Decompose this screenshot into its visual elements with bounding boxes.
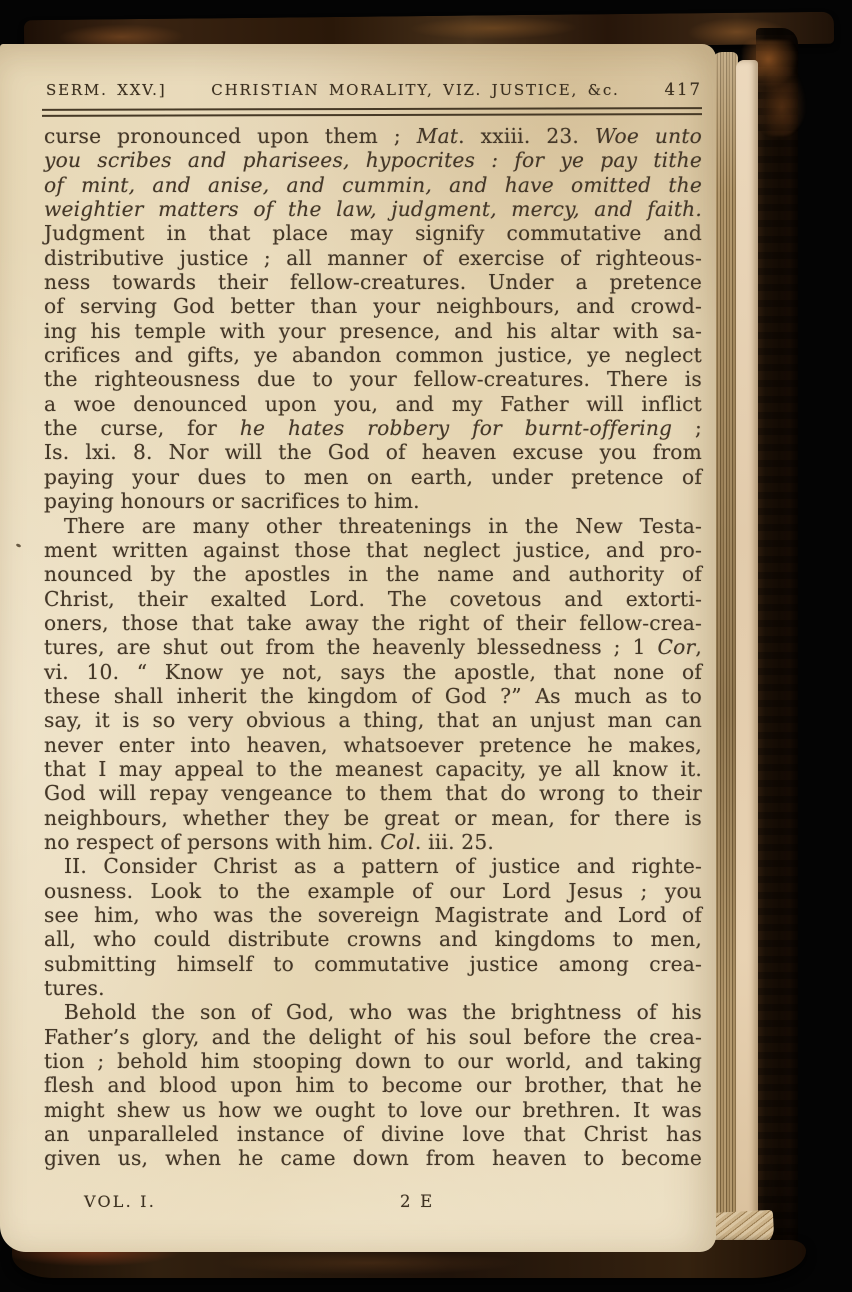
text-segment: crifices and gifts, ye abandon common ju… [44,343,702,367]
book-page: SERM. XXV.] CHRISTIAN MORALITY, VIZ. JUS… [0,44,716,1252]
text-segment: never enter into heaven, whatsoever pret… [44,733,702,757]
text-segment: curse pronounced upon them ; [44,124,417,148]
text-line: you scribes and pharisees, hypocrites : … [44,148,702,172]
text-line: curse pronounced upon them ; Mat. xxiii.… [44,124,702,148]
text-segment: say, it is so very obvious a thing, that… [44,708,702,732]
text-line: a woe denounced upon you, and my Father … [44,392,702,416]
text-segment: the righteousness due to your fellow-cre… [44,367,702,391]
text-segment: . iii. 25. [415,830,494,854]
text-segment: ousness. Look to the example of our Lord… [44,879,702,903]
text-line: Is. lxi. 8. Nor will the God of heaven e… [44,440,702,464]
italic-text-segment: Mat [417,124,458,148]
text-line: oners, those that take away the right of… [44,611,702,635]
italic-text-segment: Cor [658,635,696,659]
text-segment: Is. lxi. 8. Nor will the God of heaven e… [44,440,702,464]
text-line: tion ; behold him stooping down to our w… [44,1049,702,1073]
text-segment: might shew us how we ought to love our b… [44,1098,702,1122]
text-line: an unparalleled instance of divine love … [44,1122,702,1146]
text-line: say, it is so very obvious a thing, that… [44,708,702,732]
text-line: all, who could distribute crowns and kin… [44,927,702,951]
text-line: ousness. Look to the example of our Lord… [44,879,702,903]
facing-page-edge [736,60,758,1250]
text-segment: these shall inherit the kingdom of God ?… [44,684,702,708]
text-segment: ing his temple with your presence, and h… [44,319,702,343]
text-segment: flesh and blood upon him to become our b… [44,1073,702,1097]
book-photograph: SERM. XXV.] CHRISTIAN MORALITY, VIZ. JUS… [0,0,852,1292]
text-line: ing his temple with your presence, and h… [44,319,702,343]
text-line: never enter into heaven, whatsoever pret… [44,733,702,757]
text-line: Judgment in that place may signify commu… [44,221,702,245]
text-segment: Behold the son of God, who was the brigh… [64,1000,702,1024]
text-segment: paying your dues to men on earth, under … [44,465,702,489]
running-title: CHRISTIAN MORALITY, VIZ. JUSTICE, &c. [166,81,664,99]
text-segment: , [695,635,702,659]
text-line: Christ, their exalted Lord. The covetous… [44,587,702,611]
text-line: tures. [44,976,702,1000]
text-segment: Father’s glory, and the delight of his s… [44,1025,702,1049]
text-segment: see him, who was the sovereign Magistrat… [44,903,702,927]
text-line: of mint, and anise, and cummin, and have… [44,173,702,197]
text-segment: submitting himself to commutative justic… [44,952,702,976]
italic-text-segment: Woe unto [595,124,702,148]
text-line: of serving God better than your neighbou… [44,294,702,318]
text-segment: Judgment in that place may signify commu… [44,221,702,245]
italic-text-segment: you scribes and pharisees, hypocrites : … [44,148,702,172]
italic-text-segment: he hates robbery for burnt-offering [240,416,672,440]
italic-text-segment: Col [380,830,415,854]
text-segment: ness towards their fellow-creatures. Und… [44,270,702,294]
text-line: paying your dues to men on earth, under … [44,465,702,489]
page-footer: VOL. I. 2 E [44,1192,702,1222]
text-line: paying honours or sacrifices to him. [44,489,702,513]
volume-label: VOL. I. [84,1192,156,1211]
page-body-text: curse pronounced upon them ; Mat. xxiii.… [44,124,702,1171]
text-line: II. Consider Christ as a pattern of just… [44,854,702,878]
italic-text-segment: weightier matters of the law, judgment, … [44,197,702,221]
text-segment: God will repay vengeance to them that do… [44,781,702,805]
text-line: distributive justice ; all manner of exe… [44,246,702,270]
text-segment: distributive justice ; all manner of exe… [44,246,702,270]
text-line: ness towards their fellow-creatures. Und… [44,270,702,294]
text-line: submitting himself to commutative justic… [44,952,702,976]
text-line: There are many other threatenings in the… [44,514,702,538]
text-segment: the curse, for [44,416,240,440]
text-segment: Christ, their exalted Lord. The covetous… [44,587,702,611]
text-line: God will repay vengeance to them that do… [44,781,702,805]
text-line: ment written against those that neglect … [44,538,702,562]
text-line: nounced by the apostles in the name and … [44,562,702,586]
page-header: SERM. XXV.] CHRISTIAN MORALITY, VIZ. JUS… [46,80,702,99]
page-number: 417 [665,80,703,99]
text-line: Behold the son of God, who was the brigh… [44,1000,702,1024]
running-title-section: SERM. XXV.] [46,81,166,99]
text-line: Father’s glory, and the delight of his s… [44,1025,702,1049]
text-line: neighbours, whether they be great or mea… [44,806,702,830]
text-line: see him, who was the sovereign Magistrat… [44,903,702,927]
text-segment: vi. 10. “ Know ye not, says the apostle,… [44,660,702,684]
signature-mark: 2 E [400,1192,434,1211]
text-segment: There are many other threatenings in the… [64,514,702,538]
ink-speck [16,543,22,548]
italic-text-segment: of mint, and anise, and cummin, and have… [44,173,702,197]
text-segment: ment written against those that neglect … [44,538,702,562]
text-segment: nounced by the apostles in the name and … [44,562,702,586]
text-segment: all, who could distribute crowns and kin… [44,927,702,951]
text-segment: oners, those that take away the right of… [44,611,702,635]
text-segment: paying honours or sacrifices to him. [44,489,420,513]
text-segment: ; [672,416,702,440]
text-line: weightier matters of the law, judgment, … [44,197,702,221]
text-line: these shall inherit the kingdom of God ?… [44,684,702,708]
text-segment: no respect of persons with him. [44,830,380,854]
header-double-rule [42,107,702,117]
text-segment: neighbours, whether they be great or mea… [44,806,702,830]
text-segment: tures, are shut out from the heavenly bl… [44,635,658,659]
text-segment: II. Consider Christ as a pattern of just… [64,854,702,878]
text-segment: a woe denounced upon you, and my Father … [44,392,702,416]
book-cover-right [756,28,798,1260]
text-line: vi. 10. “ Know ye not, says the apostle,… [44,660,702,684]
text-line: tures, are shut out from the heavenly bl… [44,635,702,659]
text-line: might shew us how we ought to love our b… [44,1098,702,1122]
text-segment: an unparalleled instance of divine love … [44,1122,702,1146]
text-line: flesh and blood upon him to become our b… [44,1073,702,1097]
text-line: crifices and gifts, ye abandon common ju… [44,343,702,367]
text-segment: . xxiii. 23. [458,124,595,148]
text-line: the righteousness due to your fellow-cre… [44,367,702,391]
text-line: the curse, for he hates robbery for burn… [44,416,702,440]
text-segment: tion ; behold him stooping down to our w… [44,1049,702,1073]
text-segment: tures. [44,976,105,1000]
text-line: no respect of persons with him. Col. iii… [44,830,702,854]
text-line: that I may appeal to the meanest capacit… [44,757,702,781]
text-segment: of serving God better than your neighbou… [44,294,702,318]
text-line: given us, when he came down from heaven … [44,1146,702,1170]
text-segment: given us, when he came down from heaven … [44,1146,702,1170]
text-segment: that I may appeal to the meanest capacit… [44,757,702,781]
